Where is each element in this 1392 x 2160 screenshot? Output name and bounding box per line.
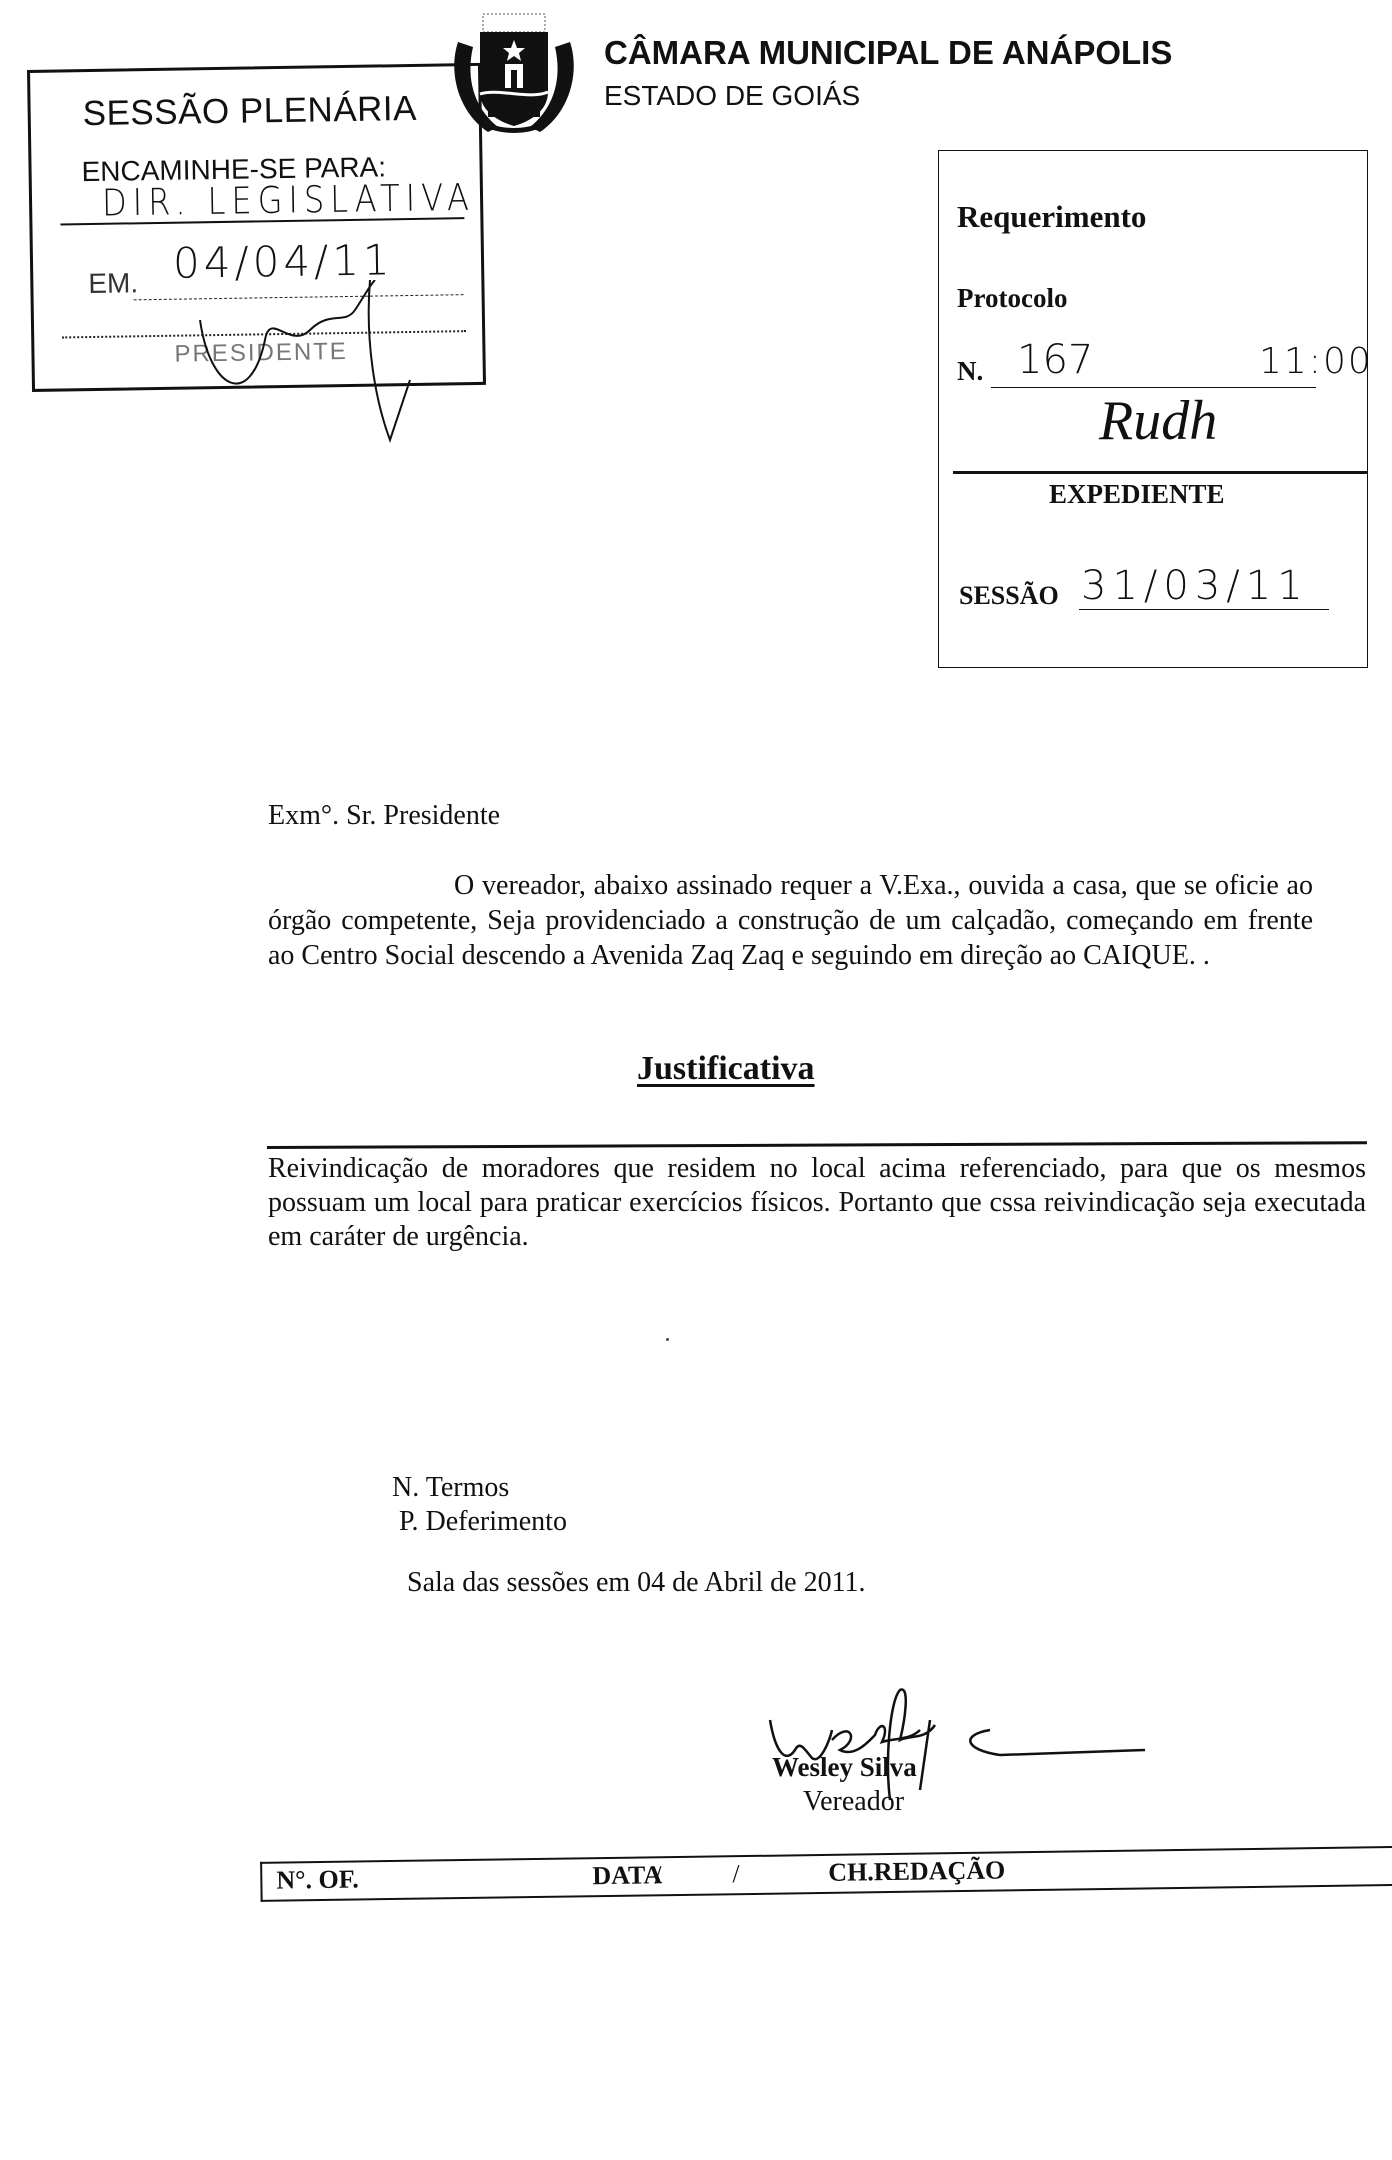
footer-date-separator: / <box>654 1860 662 1890</box>
document-type: Requerimento <box>957 199 1146 235</box>
protocol-box: Requerimento Protocolo N. 167 11:00 Rudh… <box>938 150 1368 668</box>
justification-heading: Justificativa <box>637 1050 815 1088</box>
stamp-title: SESSÃO PLENÁRIA <box>82 89 417 134</box>
session-date: 31/03/11 <box>1081 563 1309 609</box>
session-label: SESSÃO <box>959 581 1059 611</box>
office-footer-bar: N°. OF. DATA / / CH.REDAÇÃO <box>260 1846 1392 1902</box>
chief-redaction-label: CH.REDAÇÃO <box>828 1855 1005 1887</box>
stamp-date-label: EM. <box>88 267 138 300</box>
protocol-number-rule <box>991 387 1316 388</box>
signatory-name: Wesley Silva <box>772 1752 917 1783</box>
protocol-number-value: 167 <box>1017 337 1093 383</box>
protocol-label: Protocolo <box>957 283 1067 314</box>
expedient-signature: Rudh <box>1099 389 1217 453</box>
coat-of-arms-icon <box>448 2 580 140</box>
footer-date-separator: / <box>732 1859 740 1889</box>
protocol-time-value: 11:00 <box>1259 341 1373 382</box>
scan-speck <box>666 1338 669 1341</box>
closing-line-1: N. Termos <box>392 1472 509 1504</box>
place-and-date: Sala das sessões em 04 de Abril de 2011. <box>407 1567 866 1599</box>
president-signature-icon <box>180 280 440 450</box>
office-number-label: N°. OF. <box>276 1864 359 1895</box>
institution-title: CÂMARA MUNICIPAL DE ANÁPOLIS <box>604 34 1172 72</box>
request-paragraph: O vereador, abaixo assinado requer a V.E… <box>268 868 1313 973</box>
justification-rule <box>267 1141 1367 1149</box>
request-text: O vereador, abaixo assinado requer a V.E… <box>268 870 1313 971</box>
footer-date-label: DATA <box>592 1860 662 1891</box>
signatory-role: Vereador <box>803 1786 904 1818</box>
greeting: Exm°. Sr. Presidente <box>268 800 500 832</box>
expedient-rule <box>953 471 1367 474</box>
institution-subtitle: ESTADO DE GOIÁS <box>604 80 860 112</box>
justification-text: Reivindicação de moradores que residem n… <box>268 1152 1366 1254</box>
closing-line-2: P. Deferimento <box>399 1506 567 1538</box>
expedient-label: EXPEDIENTE <box>1049 479 1225 510</box>
protocol-number-label: N. <box>957 356 983 387</box>
session-rule <box>1079 609 1329 610</box>
